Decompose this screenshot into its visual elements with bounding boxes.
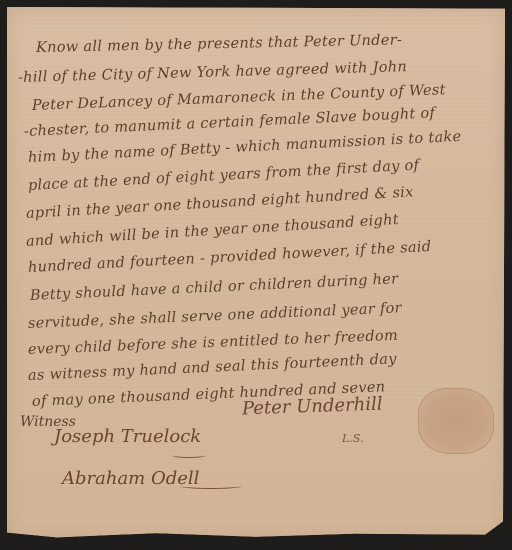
witness-2-underline xyxy=(180,483,242,489)
witness-signature-1: Joseph Truelock xyxy=(54,426,201,447)
wax-seal-stain xyxy=(418,388,494,454)
seal-mark: L.S. xyxy=(342,432,363,445)
witness-1-underline xyxy=(172,453,206,458)
witness-signature-2: Abraham Odell xyxy=(62,468,199,489)
